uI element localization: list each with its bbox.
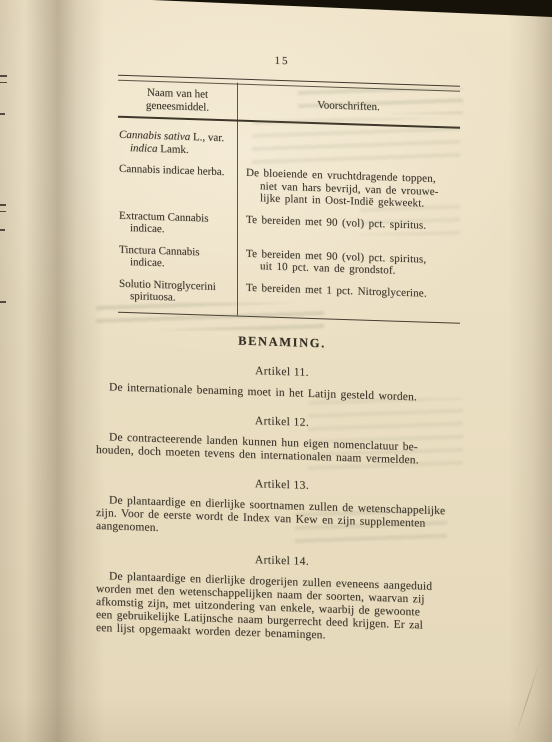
dark-background-wedge [0,0,552,17]
medicine-table: Naam van het geneesmiddel. Voorschriften… [118,75,460,324]
column-header-name: Naam van het geneesmiddel. [118,86,237,116]
artikel-paragraph: De plantaardige en dierlijke soortnamen … [96,494,468,545]
name-segment: Lamk. [158,142,189,155]
medicine-name-cell: Tinctura Cannabis indicae. [118,243,237,272]
artikel-11: Artikel 11. De internationale benaming m… [96,360,468,406]
section-heading: BENAMING. [96,329,468,356]
page-number: 15 [96,49,468,74]
facing-page-rule-stub [0,229,5,231]
page-content: 15 Naam van het geneesmiddel. Voorschrif… [96,46,468,656]
medicine-name-line: indicae. [119,256,231,272]
medicine-name-cell: Solutio Nitroglycerini spirituosa. [118,277,237,306]
table-column-divider [237,83,238,316]
facing-page-rule-stub [0,75,7,83]
scanned-book-page-photo: 15 Naam van het geneesmiddel. Voorschrif… [0,0,552,742]
artikel-14: Artikel 14. De plantaardige en dierlijke… [96,549,468,647]
facing-page-rule-stub [0,204,6,212]
artikel-paragraph: De plantaardige en dierlijke drogerijen … [96,570,468,647]
table-row: Extractum Cannabis indicae. Te bereiden … [118,209,460,245]
voorschrift-cell: De bloeiende en vruchtdragende toppen, n… [237,167,460,212]
table-row: Cannabis indicae herba. De bloeiende en … [118,163,460,212]
column-header-voorschriften: Voorschriften. [237,97,460,116]
artikel-title: Artikel 12. [96,410,468,434]
voorschrift-cell: Te bereiden met 90 (vol) pct. spiritus, … [237,247,460,279]
table-bottom-rule [118,311,460,323]
voorschrift-cell: Te bereiden met 90 (vol) pct. spiritus. [237,213,460,245]
medicine-name-line: Cannabis indicae herba. [119,163,231,179]
voorschrift-line: Te bereiden met 90 (vol) pct. spiritus. [246,213,460,232]
name-segment-italic: indica [130,142,158,155]
table-row: Cannabis sativa L., var. indica Lamk. [118,129,460,165]
table-row: Tinctura Cannabis indicae. Te bereiden m… [118,243,460,279]
paper-crease [515,662,540,736]
medicine-name-cell: Cannabis sativa L., var. indica Lamk. [118,129,237,158]
header-line: geneesmiddel. [118,99,237,116]
artikel-title: Artikel 14. [96,549,468,573]
artikel-paragraph: De contracteerende landen kunnen hun eig… [96,431,468,469]
voorschrift-cell: Te bereiden met 1 pct. Nitroglycerine. [237,281,460,313]
medicine-name-line: indicae. [119,222,231,238]
artikel-paragraph: De internationale benaming moet in het L… [96,381,468,406]
medicine-name-cell: Extractum Cannabis indicae. [118,209,237,238]
voorschrift-line: Te bereiden met 1 pct. Nitroglycerine. [246,281,460,300]
artikel-title: Artikel 11. [96,360,468,384]
medicine-name-cell: Cannabis indicae herba. [118,163,237,204]
artikel-12: Artikel 12. De contracteerende landen ku… [96,410,468,469]
name-segment: L., var. [190,131,224,144]
table-row: Solutio Nitroglycerini spirituosa. Te be… [118,277,460,313]
voorschrift-cell [237,133,460,165]
artikel-13: Artikel 13. De plantaardige en dierlijke… [96,473,468,545]
facing-page-rule-stub [0,113,5,115]
paragraph-line: De internationale benaming moet in het L… [96,381,468,406]
facing-page-rule-stub [0,301,6,303]
artikel-title: Artikel 13. [96,473,468,497]
